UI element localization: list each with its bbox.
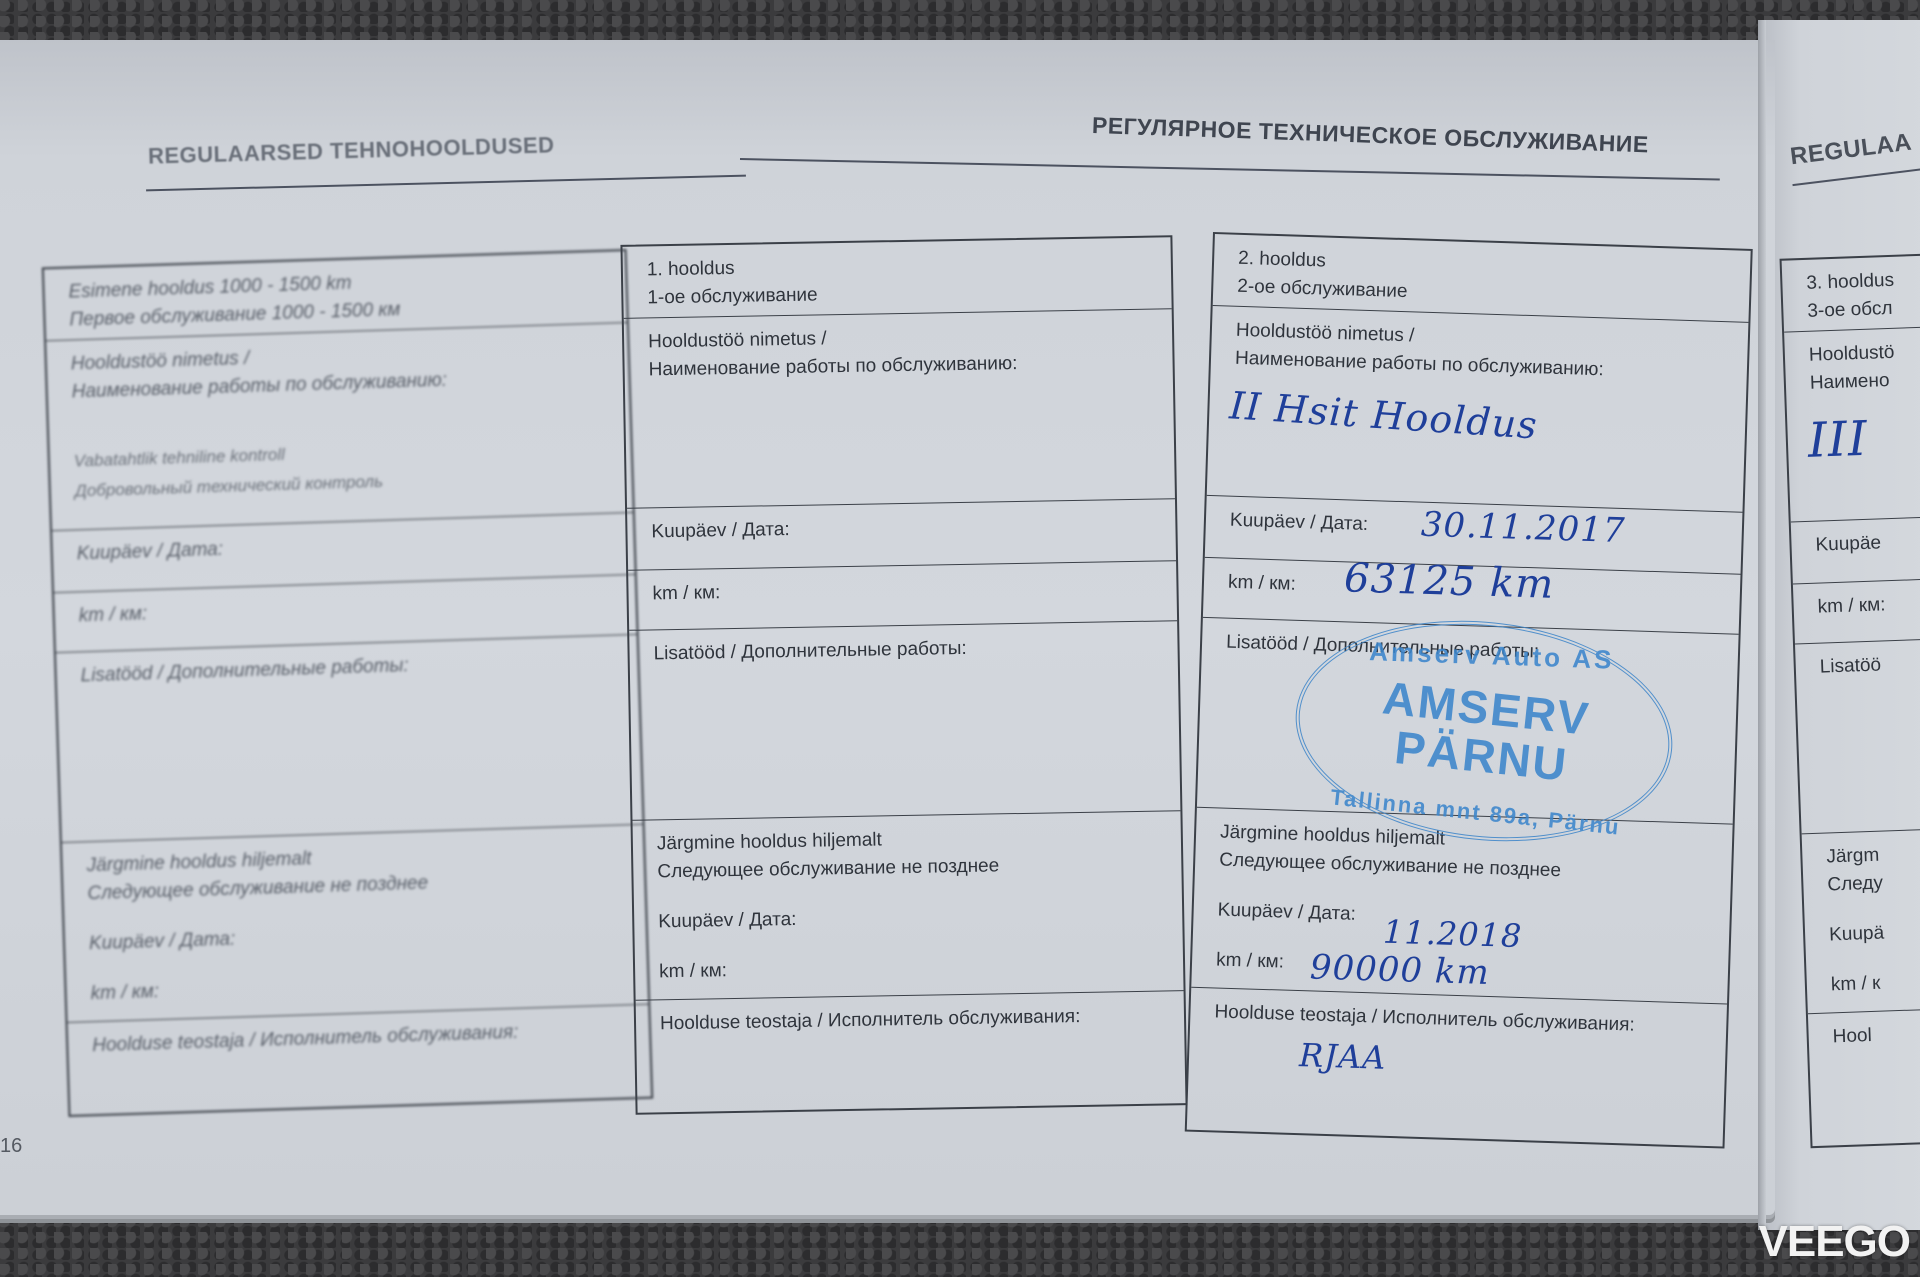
label-date: Kuupäev / Дата:	[1230, 510, 1369, 535]
signature: RJAA	[1299, 1041, 1387, 1072]
watermark-logo: VEEGO	[1759, 1217, 1911, 1267]
label-next-km: km / к	[1830, 966, 1920, 999]
handwritten-next-km: 90000 km	[1310, 953, 1491, 987]
label-date: Kuupäe	[1815, 532, 1881, 555]
label-extra: Lisatööd / Дополнительные работы:	[80, 655, 409, 686]
handwritten-work: II Hsit Hooldus	[1229, 391, 1539, 439]
next-service-field: Järgmine hooldus hiljemalt Следующее обс…	[633, 811, 1184, 1001]
next-service-field: Järgmine hooldus hiljemalt Следующее обс…	[62, 825, 648, 1023]
executor-field: Hoolduse teostaja / Исполнитель обслужив…	[1187, 988, 1727, 1135]
title-et: 3. hooldus	[1806, 265, 1920, 298]
label-work-ru: Наимено	[1809, 365, 1920, 398]
label-extra: Lisatöö	[1819, 654, 1881, 677]
km-field: km / км:	[628, 561, 1177, 631]
label-km: km / км:	[1817, 594, 1886, 617]
label-km: km / км:	[652, 582, 720, 604]
extra-work-field: Lisatööd / Дополнительные работы:	[629, 621, 1180, 821]
km-field: km / км:	[1793, 578, 1920, 645]
label-km: km / км:	[78, 603, 147, 626]
handwritten-date: 30.11.2017	[1420, 511, 1625, 545]
date-field: Kuupäe	[1791, 516, 1920, 585]
work-name-field: Hooldustöö nimetus / Наименование работы…	[624, 309, 1175, 509]
next-service-field: Järgm Следу Kuupä km / к	[1802, 828, 1920, 1015]
label-date: Kuupäev / Дата:	[651, 519, 790, 542]
label-executor: Hoolduse teostaja / Исполнитель обслужив…	[92, 1022, 519, 1056]
label-executor: Hoolduse teostaja / Исполнитель обслужив…	[660, 1006, 1081, 1034]
work-name-field: Hooldustö Наимено III	[1784, 326, 1920, 523]
label-next-date: Kuupä	[1829, 916, 1920, 949]
label-executor: Hool	[1832, 1025, 1872, 1047]
extra-work-field: Lisatööd / Дополнительные работы:	[56, 635, 643, 843]
label-next-et: Järgm	[1826, 838, 1920, 871]
label-executor: Hoolduse teostaja / Исполнитель обслужив…	[1214, 1001, 1635, 1035]
service-card-first: Esimene hooldus 1000 - 1500 km Первое об…	[42, 249, 653, 1117]
card-title: 1. hooldus 1-ое обслуживание	[622, 237, 1171, 319]
executor-field: Hoolduse teostaja / Исполнитель обслужив…	[636, 991, 1186, 1131]
work-name-field: Hooldustöö nimetus / Наименование работы…	[46, 323, 633, 531]
voluntary-note: Vabatahtlik tehniline kontroll Доброволь…	[73, 430, 608, 507]
stamp-main: AMSERV PÄRNU	[1295, 665, 1673, 799]
page-number: 16	[0, 1135, 22, 1158]
work-name-field: Hooldustöö nimetus / Наименование работы…	[1207, 306, 1749, 513]
label-date: Kuupäev / Дата:	[76, 539, 223, 565]
card-title: 3. hooldus 3-ое обсл	[1782, 254, 1920, 333]
service-card-1: 1. hooldus 1-ое обслуживание Hooldustöö …	[620, 235, 1187, 1115]
label-next-ru: Следу	[1827, 866, 1920, 899]
handwritten-work: III	[1807, 425, 1868, 455]
label-work-et: Hooldustö	[1808, 337, 1920, 370]
label-extra: Lisatööd / Дополнительные работы:	[653, 638, 966, 664]
booklet-spine	[1758, 20, 1766, 1230]
extra-work-field: Lisatöö	[1795, 638, 1920, 835]
handwritten-km: 63125 km	[1344, 564, 1555, 599]
handwritten-next-date: 11.2018	[1383, 918, 1523, 950]
title-ru: 3-ое обсл	[1807, 293, 1920, 326]
label-km: km / км:	[1228, 572, 1296, 595]
executor-field: Hoolduse teostaja / Исполнитель обслужив…	[68, 1005, 653, 1153]
executor-field: Hool	[1808, 1007, 1920, 1144]
date-field: Kuupäev / Дата:	[627, 499, 1176, 571]
